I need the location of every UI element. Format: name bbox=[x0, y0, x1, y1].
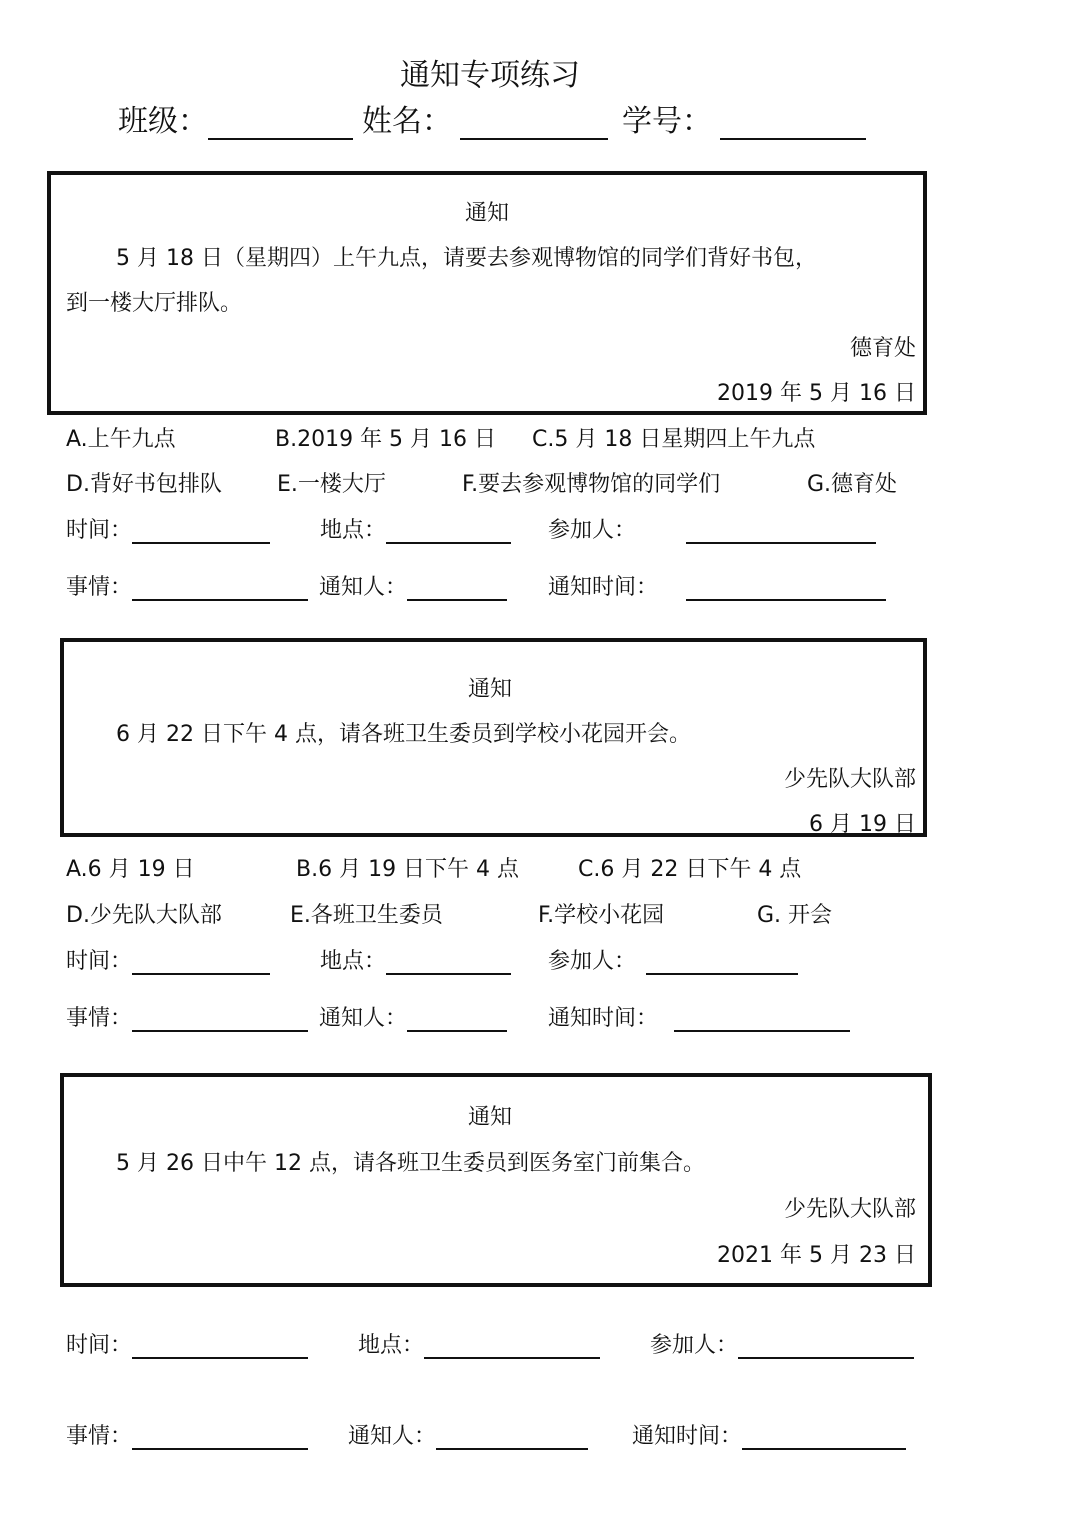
place-blank[interactable] bbox=[386, 951, 511, 975]
notice-3-heading: 通知 bbox=[60, 1100, 920, 1131]
participants-blank[interactable] bbox=[686, 520, 876, 544]
answer-2-place: 地点： bbox=[320, 944, 511, 975]
notifier-label: 通知人： bbox=[319, 1006, 407, 1031]
notice-time-blank[interactable] bbox=[674, 1008, 850, 1032]
answer-1-matter: 事情： bbox=[66, 570, 308, 601]
answer-3-time: 时间： bbox=[66, 1328, 308, 1359]
notice-1-body-line2: 到一楼大厅排队。 bbox=[66, 286, 242, 317]
option-1b: B.2019 年 5 月 16 日 bbox=[275, 422, 496, 453]
worksheet-title: 通知专项练习 bbox=[0, 50, 980, 94]
notice-2-date: 6 月 19 日 bbox=[809, 807, 916, 838]
class-blank[interactable] bbox=[208, 110, 353, 140]
notice-1-heading: 通知 bbox=[47, 196, 927, 227]
notifier-label: 通知人： bbox=[319, 575, 407, 600]
option-1a: A.上午九点 bbox=[66, 422, 176, 453]
participants-blank[interactable] bbox=[738, 1335, 914, 1359]
place-label: 地点： bbox=[320, 949, 386, 974]
answer-3-notice-time: 通知时间： bbox=[632, 1419, 906, 1450]
answer-1-notifier: 通知人： bbox=[319, 570, 507, 601]
option-1c: C.5 月 18 日星期四上午九点 bbox=[532, 422, 815, 453]
option-1f: F.要去参观博物馆的同学们 bbox=[462, 467, 720, 498]
time-label: 时间： bbox=[66, 1333, 132, 1358]
name-blank[interactable] bbox=[460, 110, 608, 140]
matter-label: 事情： bbox=[66, 1424, 132, 1449]
answer-1-time: 时间： bbox=[66, 513, 270, 544]
answer-3-place: 地点： bbox=[358, 1328, 600, 1359]
time-blank[interactable] bbox=[132, 951, 270, 975]
student-id-field: 学号： bbox=[622, 96, 866, 140]
answer-1-participants: 参加人： bbox=[548, 513, 876, 544]
notice-time-label: 通知时间： bbox=[548, 1006, 658, 1031]
notice-1-body-line1: 5 月 18 日（星期四）上午九点，请要去参观博物馆的同学们背好书包， bbox=[116, 241, 817, 272]
answer-2-notifier: 通知人： bbox=[319, 1001, 507, 1032]
option-2g: G. 开会 bbox=[757, 898, 832, 929]
notice-2-body: 6 月 22 日下午 4 点，请各班卫生委员到学校小花园开会。 bbox=[116, 717, 691, 748]
place-blank[interactable] bbox=[424, 1335, 600, 1359]
notice-1-issuer: 德育处 bbox=[850, 331, 916, 362]
notifier-label: 通知人： bbox=[348, 1424, 436, 1449]
answer-2-matter: 事情： bbox=[66, 1001, 308, 1032]
notice-3-issuer: 少先队大队部 bbox=[784, 1192, 916, 1223]
notice-1-date: 2019 年 5 月 16 日 bbox=[717, 376, 916, 407]
option-2f: F.学校小花园 bbox=[538, 898, 664, 929]
option-2e: E.各班卫生委员 bbox=[290, 898, 443, 929]
notice-time-label: 通知时间： bbox=[632, 1424, 742, 1449]
time-blank[interactable] bbox=[132, 520, 270, 544]
notice-2-heading: 通知 bbox=[60, 672, 920, 703]
answer-3-notifier: 通知人： bbox=[348, 1419, 588, 1450]
class-label: 班级： bbox=[118, 104, 208, 139]
notifier-blank[interactable] bbox=[436, 1426, 588, 1450]
option-2b: B.6 月 19 日下午 4 点 bbox=[296, 852, 519, 883]
name-label: 姓名： bbox=[362, 104, 452, 139]
notice-time-label: 通知时间： bbox=[548, 575, 658, 600]
participants-blank[interactable] bbox=[646, 951, 798, 975]
answer-2-participants: 参加人： bbox=[548, 944, 798, 975]
place-blank[interactable] bbox=[386, 520, 511, 544]
participants-label: 参加人： bbox=[650, 1333, 738, 1358]
matter-blank[interactable] bbox=[132, 577, 308, 601]
matter-label: 事情： bbox=[66, 1006, 132, 1031]
answer-2-time: 时间： bbox=[66, 944, 270, 975]
option-1g: G.德育处 bbox=[807, 467, 897, 498]
matter-label: 事情： bbox=[66, 575, 132, 600]
answer-2-notice-time: 通知时间： bbox=[548, 1001, 850, 1032]
answer-1-notice-time: 通知时间： bbox=[548, 570, 886, 601]
time-label: 时间： bbox=[66, 949, 132, 974]
option-2d: D.少先队大队部 bbox=[66, 898, 222, 929]
option-1d: D.背好书包排队 bbox=[66, 467, 222, 498]
notice-3-date: 2021 年 5 月 23 日 bbox=[717, 1238, 916, 1269]
answer-1-place: 地点： bbox=[320, 513, 511, 544]
time-blank[interactable] bbox=[132, 1335, 308, 1359]
participants-label: 参加人： bbox=[548, 949, 636, 974]
notifier-blank[interactable] bbox=[407, 1008, 507, 1032]
student-id-blank[interactable] bbox=[720, 110, 866, 140]
notice-time-blank[interactable] bbox=[686, 577, 886, 601]
name-field: 姓名： bbox=[362, 96, 608, 140]
notice-2-issuer: 少先队大队部 bbox=[784, 762, 916, 793]
notice-3-body: 5 月 26 日中午 12 点，请各班卫生委员到医务室门前集合。 bbox=[116, 1146, 705, 1177]
notifier-blank[interactable] bbox=[407, 577, 507, 601]
answer-3-matter: 事情： bbox=[66, 1419, 308, 1450]
notice-time-blank[interactable] bbox=[742, 1426, 906, 1450]
place-label: 地点： bbox=[358, 1333, 424, 1358]
class-field: 班级： bbox=[118, 96, 353, 140]
place-label: 地点： bbox=[320, 518, 386, 543]
matter-blank[interactable] bbox=[132, 1008, 308, 1032]
option-2a: A.6 月 19 日 bbox=[66, 852, 195, 883]
participants-label: 参加人： bbox=[548, 518, 636, 543]
time-label: 时间： bbox=[66, 518, 132, 543]
matter-blank[interactable] bbox=[132, 1426, 308, 1450]
option-2c: C.6 月 22 日下午 4 点 bbox=[578, 852, 801, 883]
option-1e: E.一楼大厅 bbox=[277, 467, 386, 498]
answer-3-participants: 参加人： bbox=[650, 1328, 914, 1359]
student-id-label: 学号： bbox=[622, 104, 712, 139]
